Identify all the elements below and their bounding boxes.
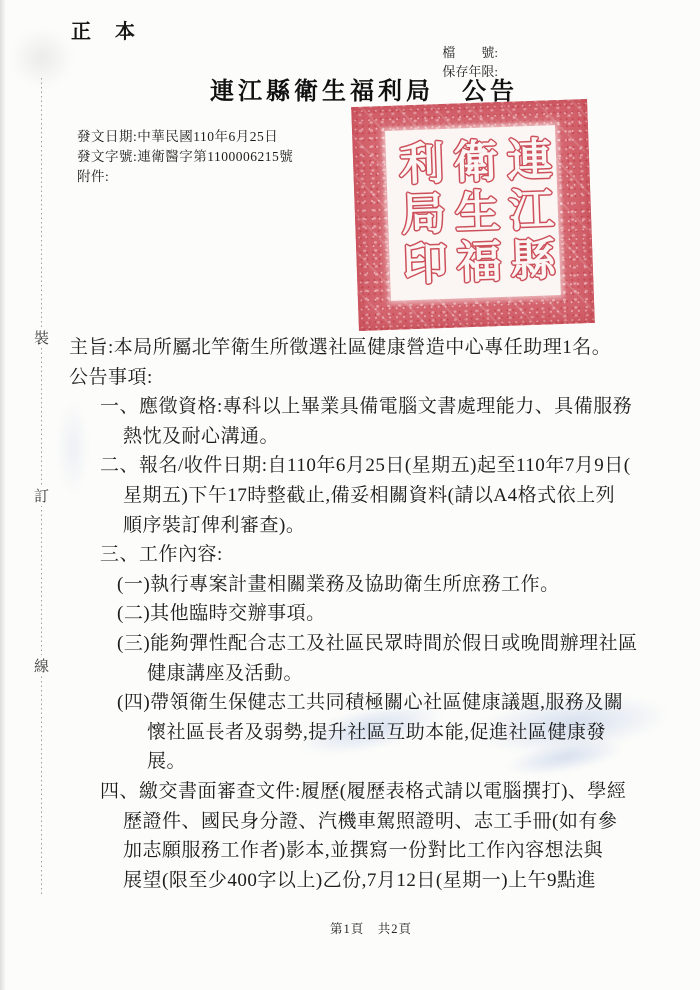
copy-type-label: 正 本 — [71, 15, 137, 44]
body-line: 二、報名/收件日期:自110年6月25日(星期五)起至110年7月9日( — [0, 451, 700, 481]
body-line: 懷社區長者及弱勢,提升社區互助本能,促進社區健康發 — [0, 718, 700, 748]
page-number-footer: 第1頁 共2頁 — [330, 919, 412, 937]
document-title: 連江縣衛生福利局 公告 — [210, 71, 518, 106]
body-line: 歷證件、國民身分證、汽機車駕照證明、志工手冊(如有參 — [0, 807, 700, 837]
body-line: 星期五)下午17時整截止,備妥相關資料(請以A4格式依上列 — [0, 481, 700, 511]
body-line: 展望(限至少400字以上)乙份,7月12日(星期一)上午9點進 — [0, 866, 700, 896]
body-line: (二)其他臨時交辦事項。 — [0, 599, 700, 629]
document-meta: 發文日期:中華民國110年6月25日 發文字號:連衛醫字第1100006215號… — [77, 127, 293, 187]
attachment-line: 附件: — [77, 167, 293, 187]
body-line: 四、繳交書面審查文件:履歷(履歷表格式請以電腦撰打)、學經 — [0, 777, 700, 807]
file-number-label: 檔 號: — [408, 42, 498, 61]
seal-column: 利局印 — [389, 139, 448, 291]
official-red-seal-stamp: 連江縣衛生福利局印 — [351, 99, 595, 331]
body-line: 三、工作內容: — [0, 540, 700, 570]
body-line: 主旨:本局所屬北竿衛生所徵選社區健康營造中心專任助理1名。 — [0, 333, 700, 363]
body-line: (三)能夠彈性配合志工及社區民眾時間於假日或晚間辦理社區 — [0, 629, 700, 659]
issue-date-line: 發文日期:中華民國110年6月25日 — [77, 127, 293, 147]
body-line: 加志願服務工作者)影本,並撰寫一份對比工作內容想法與 — [0, 836, 700, 866]
seal-column: 連江縣 — [497, 135, 556, 287]
doc-number-line: 發文字號:連衛醫字第1100006215號 — [77, 147, 293, 167]
seal-inner-square: 連江縣衛生福利局印 — [385, 125, 561, 301]
body-line: 熱忱及耐心溝通。 — [0, 422, 700, 452]
body-line: (一)執行專案計畫相關業務及協助衛生所庶務工作。 — [0, 570, 700, 600]
body-line: 順序裝訂俾利審查)。 — [0, 511, 700, 541]
body-line: 健康講座及活動。 — [0, 659, 700, 689]
body-line: 公告事項: — [0, 363, 700, 393]
body-line: 一、應徵資格:專科以上畢業具備電腦文書處理能力、具備服務 — [0, 392, 700, 422]
seal-script-text: 連江縣衛生福利局印 — [389, 135, 556, 291]
body-line: 展。 — [0, 747, 700, 777]
scan-smudge — [10, 28, 74, 88]
body-line: (四)帶領衛生保健志工共同積極關心社區健康議題,服務及關 — [0, 688, 700, 718]
announcement-body: 主旨:本局所屬北竿衛生所徵選社區健康營造中心專任助理1名。公告事項:一、應徵資格… — [0, 333, 700, 895]
seal-column: 衛生福 — [443, 137, 502, 289]
scanned-announcement-page: 正 本 檔 號: 保存年限: 連江縣衛生福利局 公告 發文日期:中華民國110年… — [0, 0, 700, 990]
